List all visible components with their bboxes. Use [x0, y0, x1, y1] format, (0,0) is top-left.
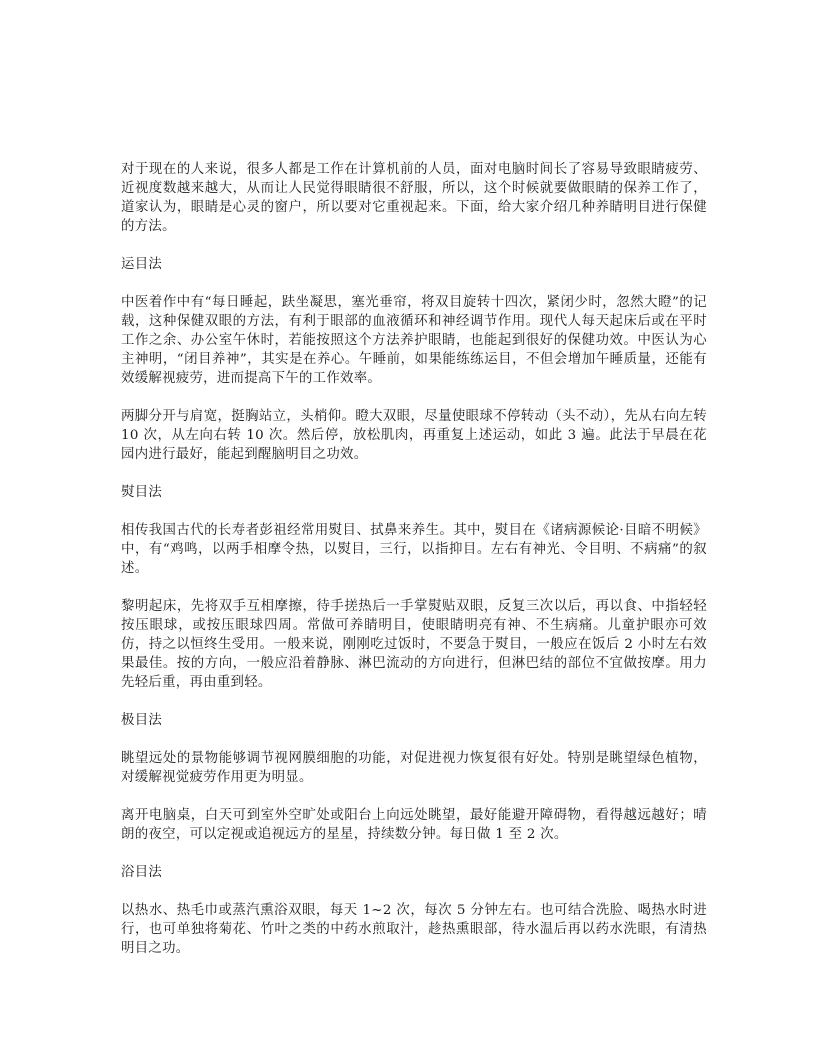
section-yunmu-ironing: 熨目法 相传我国古代的长寿者彭祖经常用熨目、拭鼻来养生。其中，熨目在《诸病源候论… — [121, 483, 707, 692]
section-paragraph: 中医着作中有“每日睡起，趺坐凝思，塞光垂帘，将双目旋转十四次，紧闭少时，忽然大瞪… — [121, 293, 707, 388]
section-paragraph: 离开电脑桌，白天可到室外空旷处或阳台上向远处眺望，最好能避开障碍物，看得越远越好… — [121, 806, 707, 844]
section-paragraph: 以热水、热毛巾或蒸汽熏浴双眼，每天 1~2 次，每次 5 分钟左右。也可结合洗脸… — [121, 901, 707, 958]
section-yumu: 浴目法 以热水、热毛巾或蒸汽熏浴双眼，每天 1~2 次，每次 5 分钟左右。也可… — [121, 863, 707, 958]
section-paragraph: 相传我国古代的长寿者彭祖经常用熨目、拭鼻来养生。其中，熨目在《诸病源候论·目暗不… — [121, 521, 707, 578]
section-heading: 极目法 — [121, 711, 707, 730]
section-paragraph: 眺望远处的景物能够调节视网膜细胞的功能，对促进视力恢复很有好处。特别是眺望绿色植… — [121, 749, 707, 787]
section-heading: 运目法 — [121, 255, 707, 274]
section-jimu: 极目法 眺望远处的景物能够调节视网膜细胞的功能，对促进视力恢复很有好处。特别是眺… — [121, 711, 707, 844]
section-yunmu: 运目法 中医着作中有“每日睡起，趺坐凝思，塞光垂帘，将双目旋转十四次，紧闭少时，… — [121, 255, 707, 464]
section-heading: 浴目法 — [121, 863, 707, 882]
section-paragraph: 黎明起床，先将双手互相摩擦，待手搓热后一手掌熨贴双眼，反复三次以后，再以食、中指… — [121, 597, 707, 692]
document-page: 对于现在的人来说，很多人都是工作在计算机前的人员，面对电脑时间长了容易导致眼睛疲… — [121, 160, 707, 977]
section-heading: 熨目法 — [121, 483, 707, 502]
intro-paragraph: 对于现在的人来说，很多人都是工作在计算机前的人员，面对电脑时间长了容易导致眼睛疲… — [121, 160, 707, 236]
section-paragraph: 两脚分开与肩宽，挺胸站立，头梢仰。瞪大双眼，尽量使眼球不停转动（头不动），先从右… — [121, 407, 707, 464]
